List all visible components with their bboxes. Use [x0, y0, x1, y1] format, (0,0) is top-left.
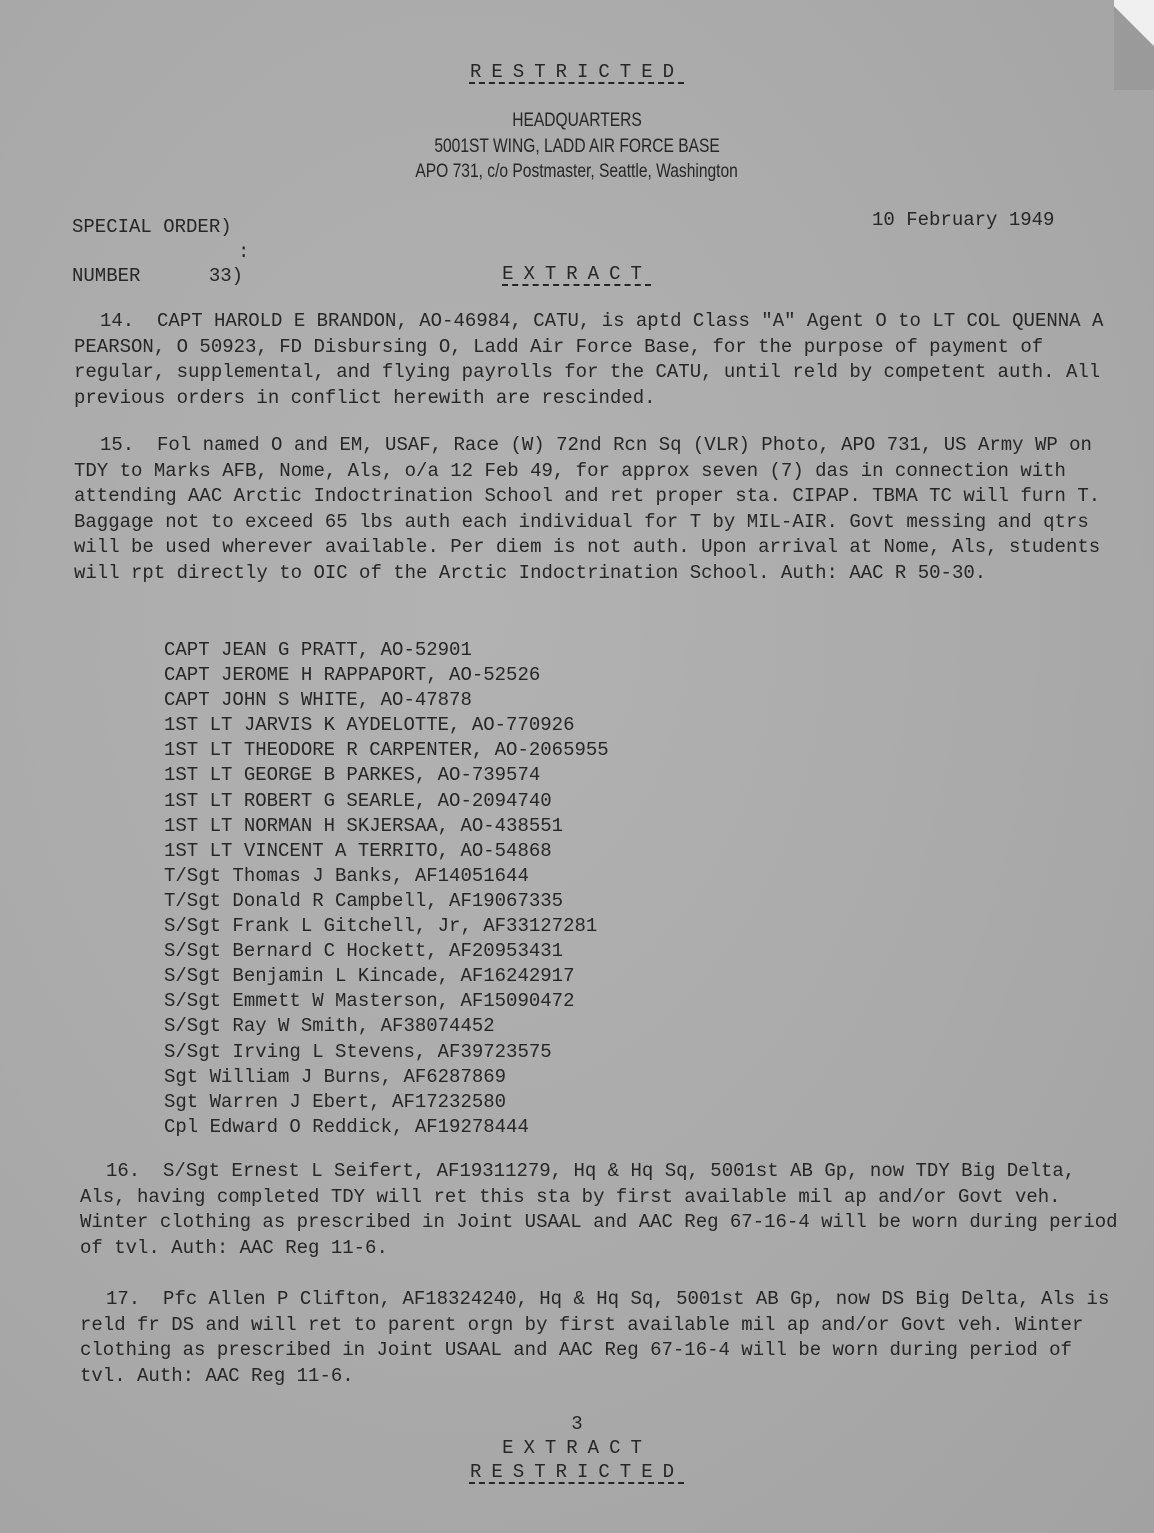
roster-entry: T/Sgt Donald R Campbell, AF19067335	[164, 889, 609, 914]
header-wing: 5001ST WING, LADD AIR FORCE BASE	[0, 134, 1154, 160]
roster-entry: S/Sgt Ray W Smith, AF38074452	[164, 1014, 609, 1039]
special-order-label: SPECIAL ORDER)	[72, 215, 232, 240]
roster-entry: T/Sgt Thomas J Banks, AF14051644	[164, 864, 609, 889]
roster-entry: CAPT JOHN S WHITE, AO-47878	[164, 688, 609, 713]
roster-entry: S/Sgt Frank L Gitchell, Jr, AF33127281	[164, 914, 609, 939]
roster-entry: 1ST LT THEODORE R CARPENTER, AO-2065955	[164, 738, 609, 763]
roster-entry: S/Sgt Irving L Stevens, AF39723575	[164, 1040, 609, 1065]
roster-entry: Cpl Edward O Reddick, AF19278444	[164, 1115, 609, 1140]
roster-entry: CAPT JEROME H RAPPAPORT, AO-52526	[164, 663, 609, 688]
roster-entry: S/Sgt Benjamin L Kincade, AF16242917	[164, 964, 609, 989]
header-headquarters: HEADQUARTERS	[0, 108, 1154, 134]
roster-entry: 1ST LT VINCENT A TERRITO, AO-54868	[164, 839, 609, 864]
roster-entry: Sgt Warren J Ebert, AF17232580	[164, 1090, 609, 1115]
classification-bottom: RESTRICTED	[0, 1460, 1154, 1485]
roster-entry: S/Sgt Bernard C Hockett, AF20953431	[164, 939, 609, 964]
paragraph-15: 15. Fol named O and EM, USAF, Race (W) 7…	[74, 433, 1124, 586]
page-number: 3	[0, 1412, 1154, 1437]
roster-entry: 1ST LT ROBERT G SEARLE, AO-2094740	[164, 789, 609, 814]
personnel-roster: CAPT JEAN G PRATT, AO-52901 CAPT JEROME …	[164, 638, 609, 1140]
roster-entry: 1ST LT JARVIS K AYDELOTTE, AO-770926	[164, 713, 609, 738]
paragraph-16: 16. S/Sgt Ernest L Seifert, AF19311279, …	[80, 1159, 1120, 1261]
roster-entry: Sgt William J Burns, AF6287869	[164, 1065, 609, 1090]
order-date: 10 February 1949	[872, 208, 1054, 233]
header-address: APO 731, c/o Postmaster, Seattle, Washin…	[0, 159, 1154, 185]
roster-entry: 1ST LT NORMAN H SKJERSAA, AO-438551	[164, 814, 609, 839]
roster-entry: S/Sgt Emmett W Masterson, AF15090472	[164, 989, 609, 1014]
roster-entry: CAPT JEAN G PRATT, AO-52901	[164, 638, 609, 663]
roster-entry: 1ST LT GEORGE B PARKES, AO-739574	[164, 763, 609, 788]
paragraph-17: 17. Pfc Allen P Clifton, AF18324240, Hq …	[80, 1287, 1120, 1389]
extract-title: EXTRACT	[0, 262, 1154, 287]
paragraph-14: 14. CAPT HAROLD E BRANDON, AO-46984, CAT…	[74, 309, 1124, 411]
classification-top: RESTRICTED	[0, 60, 1154, 85]
extract-footer: EXTRACT	[0, 1436, 1154, 1461]
document-page: RESTRICTED HEADQUARTERS 5001ST WING, LAD…	[0, 0, 1154, 1533]
